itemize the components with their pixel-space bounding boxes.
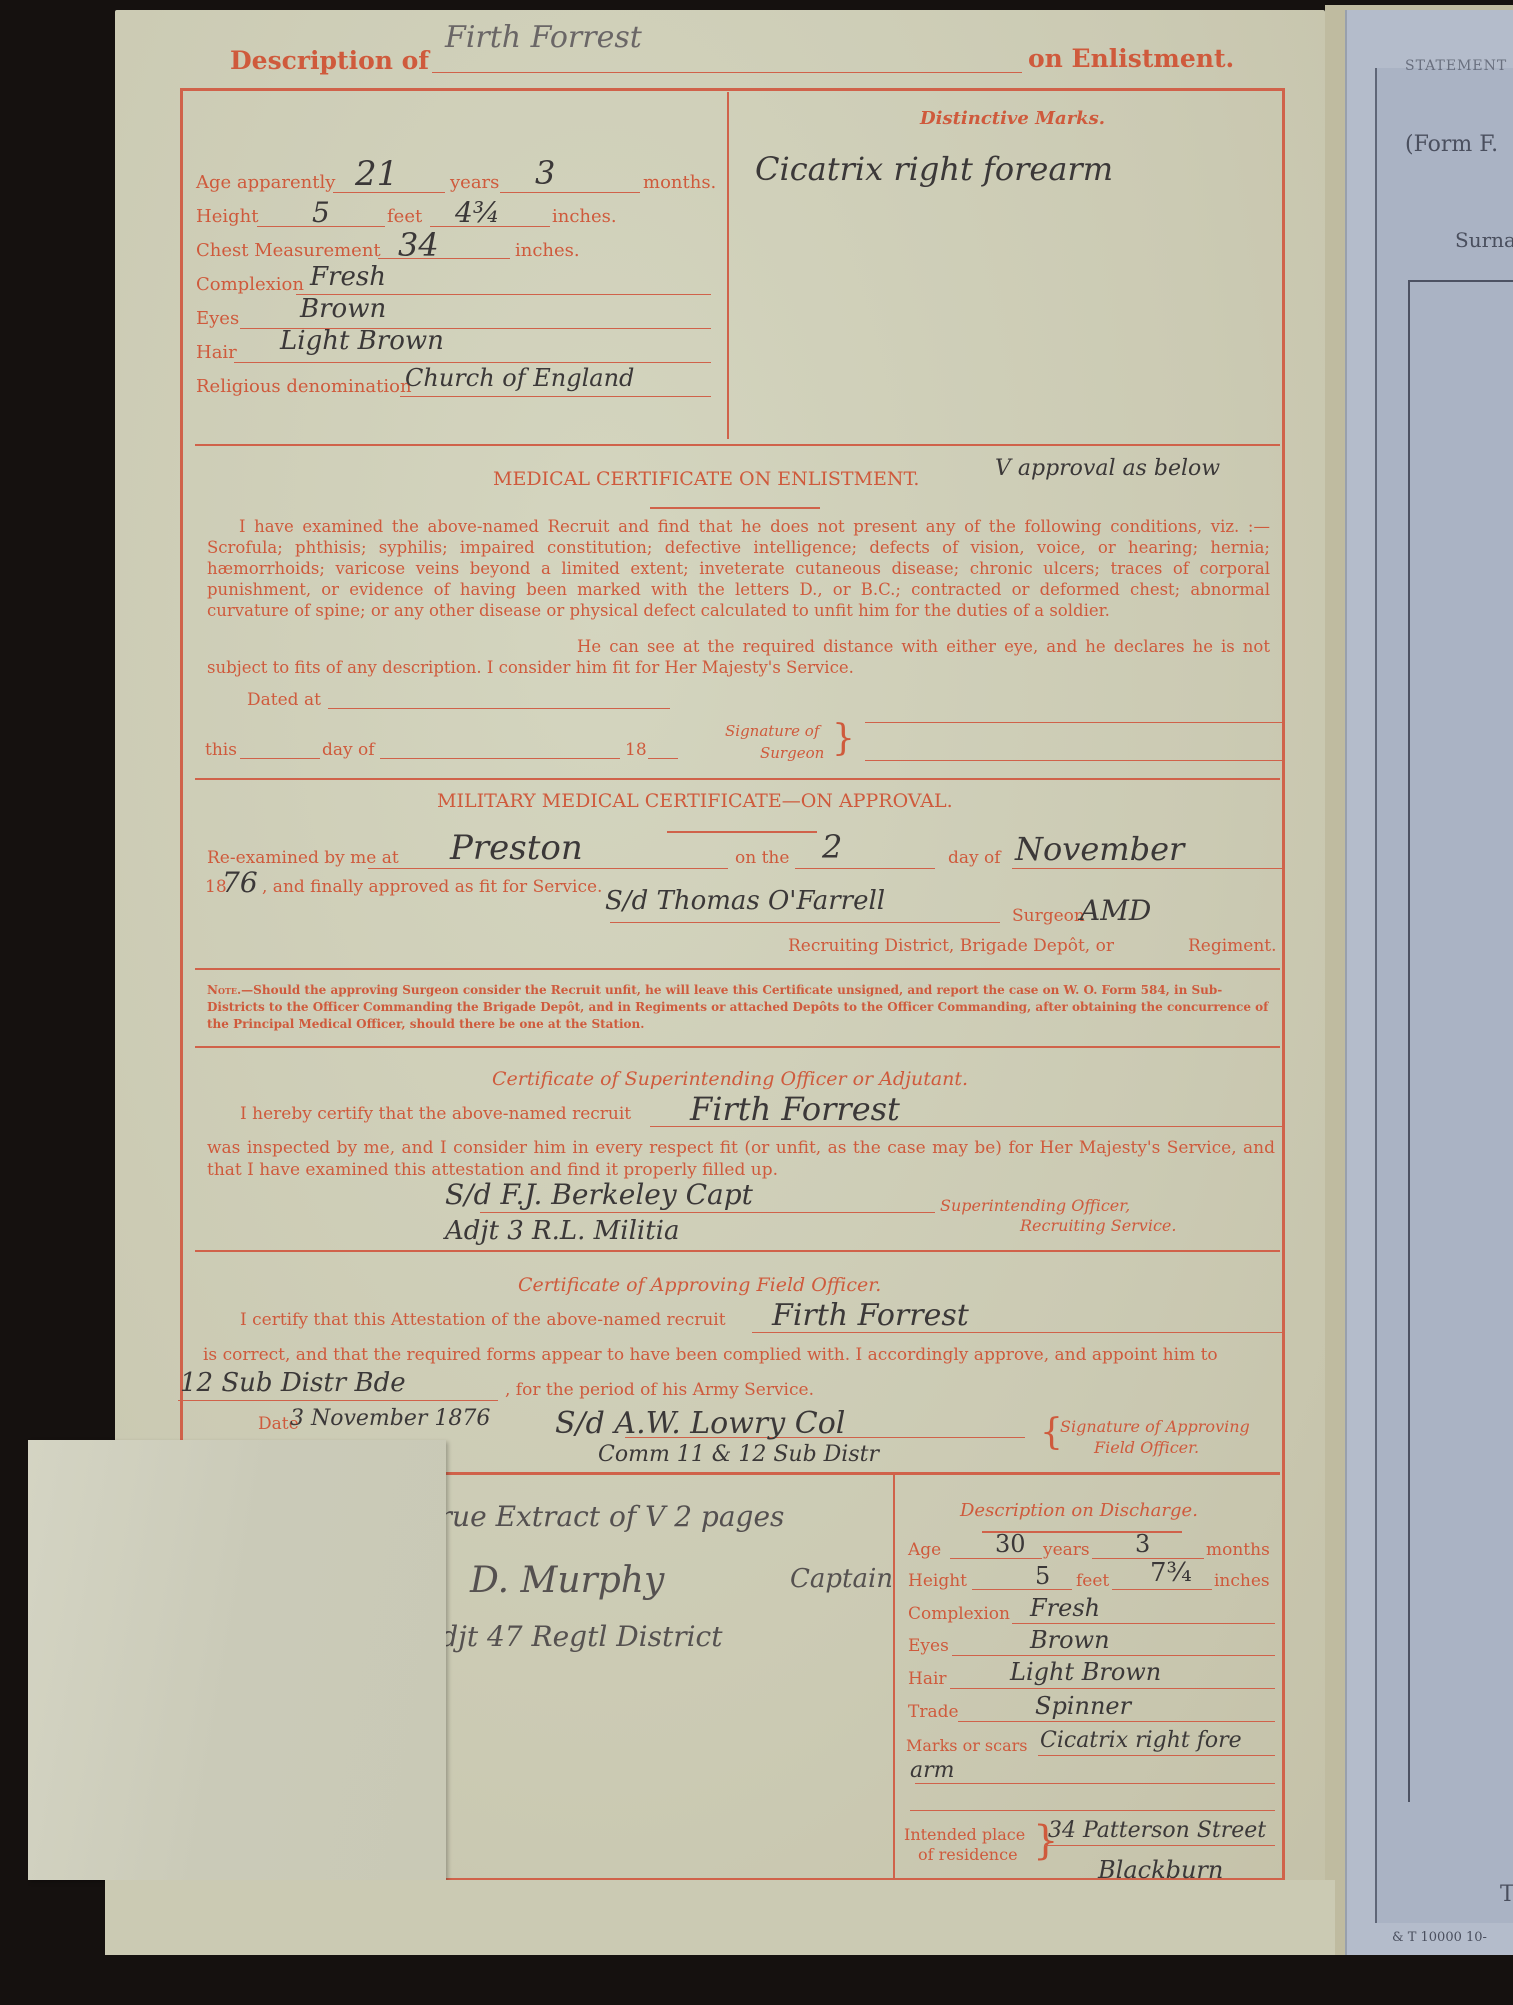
adjacent-form-label: (Form F.: [1405, 132, 1498, 157]
on-the-label: on the: [735, 848, 789, 868]
distinctive-marks-value: Cicatrix right forearm: [755, 150, 1113, 188]
eyes-label: Eyes: [196, 308, 239, 329]
surgeon-signature: S/d Thomas O'Farrell: [605, 886, 885, 916]
adjacent-letter: T: [1500, 1882, 1513, 1907]
discharge-title: Description on Discharge.: [960, 1500, 1198, 1521]
scan-background-left: [0, 1440, 28, 2005]
month-line: [1012, 868, 1282, 869]
section-divider: [195, 778, 1280, 780]
hair-label: Hair: [196, 342, 237, 363]
discharge-complexion-line: [1012, 1623, 1275, 1624]
field-officer-recruit-name: Firth Forrest: [772, 1298, 969, 1333]
surgeon-unit: AMD: [1080, 894, 1151, 927]
examination-year: 76: [222, 866, 258, 899]
discharge-marks-line-2: [915, 1783, 1275, 1784]
discharge-complexion-value: Fresh: [1030, 1594, 1100, 1622]
note-block: Note.—Should the approving Surgeon consi…: [207, 982, 1275, 1033]
discharge-note-signature: D. Murphy: [470, 1560, 664, 1601]
discharge-complexion-label: Complexion: [908, 1604, 1010, 1624]
medical-certificate-body: I have examined the above-named Recruit …: [207, 516, 1270, 621]
surgeon-signature-label-2: Surgeon: [760, 744, 824, 762]
religion-line: [400, 396, 711, 397]
discharge-height-inches: 7¾: [1150, 1558, 1192, 1588]
superintending-signature-1: S/d F.J. Berkeley Capt: [445, 1178, 753, 1211]
age-years-value: 21: [355, 154, 398, 194]
discharge-marks-value-2: arm: [910, 1758, 955, 1783]
discharge-height-feet: 5: [1035, 1562, 1050, 1590]
residence-label-2: of residence: [918, 1845, 1018, 1864]
height-feet-value: 5: [312, 196, 330, 229]
year-line[interactable]: [648, 758, 678, 759]
regiment-label: Regiment.: [1188, 936, 1277, 956]
discharge-marks-line-1: [1038, 1755, 1275, 1756]
discharge-years-label: years: [1043, 1540, 1090, 1560]
discharge-eyes-line: [952, 1655, 1275, 1656]
section-divider: [195, 968, 1280, 970]
month-line[interactable]: [380, 758, 620, 759]
adjacent-form-box: [1408, 280, 1513, 1802]
discharge-height-inches-line: [1112, 1589, 1212, 1590]
religion-label: Religious denomination: [196, 376, 412, 397]
re-examined-label: Re-examined by me at: [207, 848, 399, 868]
residence-value-1: 34 Patterson Street: [1048, 1818, 1266, 1843]
age-months-line: [500, 192, 640, 193]
hair-line: [234, 362, 711, 363]
adjacent-surname-label: Surna: [1455, 228, 1513, 252]
height-label: Height: [196, 206, 258, 227]
superintending-signature-line: [480, 1212, 935, 1213]
eyes-value: Brown: [300, 294, 386, 324]
surgeon-signature-line-1[interactable]: [865, 722, 1283, 723]
field-officer-signature-1: S/d A.W. Lowry Col: [555, 1406, 845, 1441]
discharge-months-label: months: [1206, 1540, 1270, 1560]
title-underline: [667, 831, 817, 833]
day-line: [795, 868, 935, 869]
adjacent-printer-mark: & T 10000 10-: [1392, 1930, 1487, 1945]
adjacent-form-header: STATEMENT: [1405, 58, 1507, 74]
surgeon-signature-line-2[interactable]: [865, 760, 1283, 761]
complexion-label: Complexion: [196, 274, 304, 295]
discharge-age-months: 3: [1135, 1530, 1150, 1558]
folded-paper-flap: [28, 1440, 446, 1880]
header-name-line: [432, 72, 1022, 73]
discharge-age-line: [950, 1558, 1042, 1559]
place-line: [368, 868, 728, 869]
header-prefix: Description of: [230, 46, 429, 75]
year-prefix: 18: [625, 740, 647, 760]
chest-value: 34: [398, 226, 439, 264]
years-label: years: [450, 172, 499, 193]
discharge-hair-label: Hair: [908, 1669, 947, 1689]
discharge-trade-value: Spinner: [1035, 1692, 1131, 1720]
age-months-value: 3: [535, 154, 555, 192]
superintending-body: was inspected by me, and I consider him …: [207, 1137, 1275, 1181]
field-officer-title: Certificate of Approving Field Officer.: [518, 1274, 881, 1296]
section-divider: [195, 1250, 1280, 1252]
residence-line: [1045, 1845, 1275, 1846]
discharge-height-feet-line: [972, 1589, 1072, 1590]
months-label: months.: [643, 172, 716, 193]
discharge-age-years: 30: [995, 1530, 1026, 1558]
discharge-eyes-label: Eyes: [908, 1636, 949, 1656]
surgeon-label: Surgeon: [1012, 906, 1085, 926]
dated-at-line[interactable]: [328, 708, 670, 709]
page-bottom-margin: [105, 1880, 1335, 1955]
surgeon-signature-line: [610, 922, 1000, 923]
discharge-eyes-value: Brown: [1030, 1626, 1110, 1654]
discharge-feet-label: feet: [1076, 1571, 1109, 1591]
religion-value: Church of England: [405, 364, 634, 392]
discharge-note-line1: True Extract of V 2 pages: [420, 1500, 784, 1533]
officer-label-2: Recruiting Service.: [1020, 1216, 1176, 1235]
district-label: Recruiting District, Brigade Depôt, or: [788, 936, 1114, 956]
examination-day: 2: [822, 828, 842, 866]
note-text: —Should the approving Surgeon consider t…: [207, 983, 1268, 1031]
field-officer-signature-2: Comm 11 & 12 Sub Distr: [598, 1442, 879, 1467]
officer-label-1: Superintending Officer,: [940, 1196, 1130, 1215]
discharge-divider: [893, 1474, 895, 1882]
section-divider: [195, 444, 1280, 446]
period-label: , for the period of his Army Service.: [505, 1380, 814, 1400]
discharge-age-label: Age: [908, 1540, 941, 1560]
surgeon-signature-label-1: Signature of: [725, 722, 819, 740]
superintending-recruit-name: Firth Forrest: [690, 1090, 900, 1128]
field-officer-signature-label-1: Signature of Approving: [1060, 1417, 1250, 1436]
age-label: Age apparently: [196, 172, 335, 193]
discharge-marks-line-3: [910, 1810, 1275, 1811]
feet-label: feet: [387, 206, 422, 227]
dated-at-label: Dated at: [247, 690, 321, 710]
superintending-title: Certificate of Superintending Officer or…: [492, 1068, 968, 1090]
discharge-inches-label: inches: [1214, 1571, 1270, 1591]
discharge-note-rank: Captain: [790, 1564, 893, 1594]
discharge-hair-value: Light Brown: [1010, 1658, 1161, 1686]
day-of-label: day of: [948, 848, 1001, 868]
complexion-value: Fresh: [310, 262, 386, 292]
discharge-trade-label: Trade: [908, 1702, 959, 1722]
inches-label: inches.: [552, 206, 617, 227]
chest-inches-label: inches.: [515, 240, 580, 261]
this-label: this: [205, 740, 237, 760]
medical-certificate-body2: He can see at the required distance with…: [207, 636, 1270, 678]
height-inches-value: 4¾: [455, 196, 500, 229]
superintending-signature-2: Adjt 3 R.L. Militia: [445, 1216, 679, 1246]
discharge-marks-label: Marks or scars: [906, 1736, 1028, 1755]
distinctive-marks-title: Distinctive Marks.: [920, 108, 1105, 129]
discharge-height-label: Height: [908, 1571, 967, 1591]
divider-marks: [727, 92, 729, 439]
hair-value: Light Brown: [280, 326, 444, 356]
date-value: 3 November 1876: [290, 1406, 490, 1431]
field-officer-signature-label-2: Field Officer.: [1094, 1438, 1199, 1457]
examination-place: Preston: [450, 828, 583, 868]
residence-label-1: Intended place: [904, 1825, 1025, 1844]
field-officer-body: is correct, and that the required forms …: [203, 1344, 1281, 1366]
day-line[interactable]: [240, 758, 320, 759]
field-officer-certify-label: I certify that this Attestation of the a…: [240, 1310, 726, 1330]
approved-label: , and finally approved as fit for Servic…: [262, 877, 602, 897]
superintending-certify-label: I hereby certify that the above-named re…: [240, 1104, 631, 1124]
day-of-label: day of: [322, 740, 375, 760]
medical-certificate-annotation: V approval as below: [995, 456, 1220, 481]
discharge-marks-value-1: Cicatrix right fore: [1040, 1728, 1242, 1753]
scan-background-bottom: [0, 1955, 1513, 2005]
signature-brace: }: [832, 718, 855, 759]
medical-certificate-title: MEDICAL CERTIFICATE ON ENLISTMENT.: [493, 468, 919, 490]
header-suffix: on Enlistment.: [1028, 44, 1234, 73]
discharge-hair-line: [950, 1688, 1275, 1689]
title-underline: [650, 507, 820, 509]
appointment-line: [178, 1400, 498, 1401]
section-divider: [195, 1046, 1280, 1048]
note-label: Note.: [207, 983, 241, 997]
discharge-trade-line: [958, 1721, 1275, 1722]
examination-month: November: [1015, 830, 1184, 868]
discharge-note-line3: Adjt 47 Regtl District: [420, 1620, 723, 1653]
chest-label: Chest Measurement: [196, 240, 381, 261]
header-recruit-name: Firth Forrest: [445, 20, 642, 55]
appointment-value: 12 Sub Distr Bde: [180, 1368, 406, 1398]
military-medical-title: MILITARY MEDICAL CERTIFICATE—ON APPROVAL…: [437, 790, 953, 812]
